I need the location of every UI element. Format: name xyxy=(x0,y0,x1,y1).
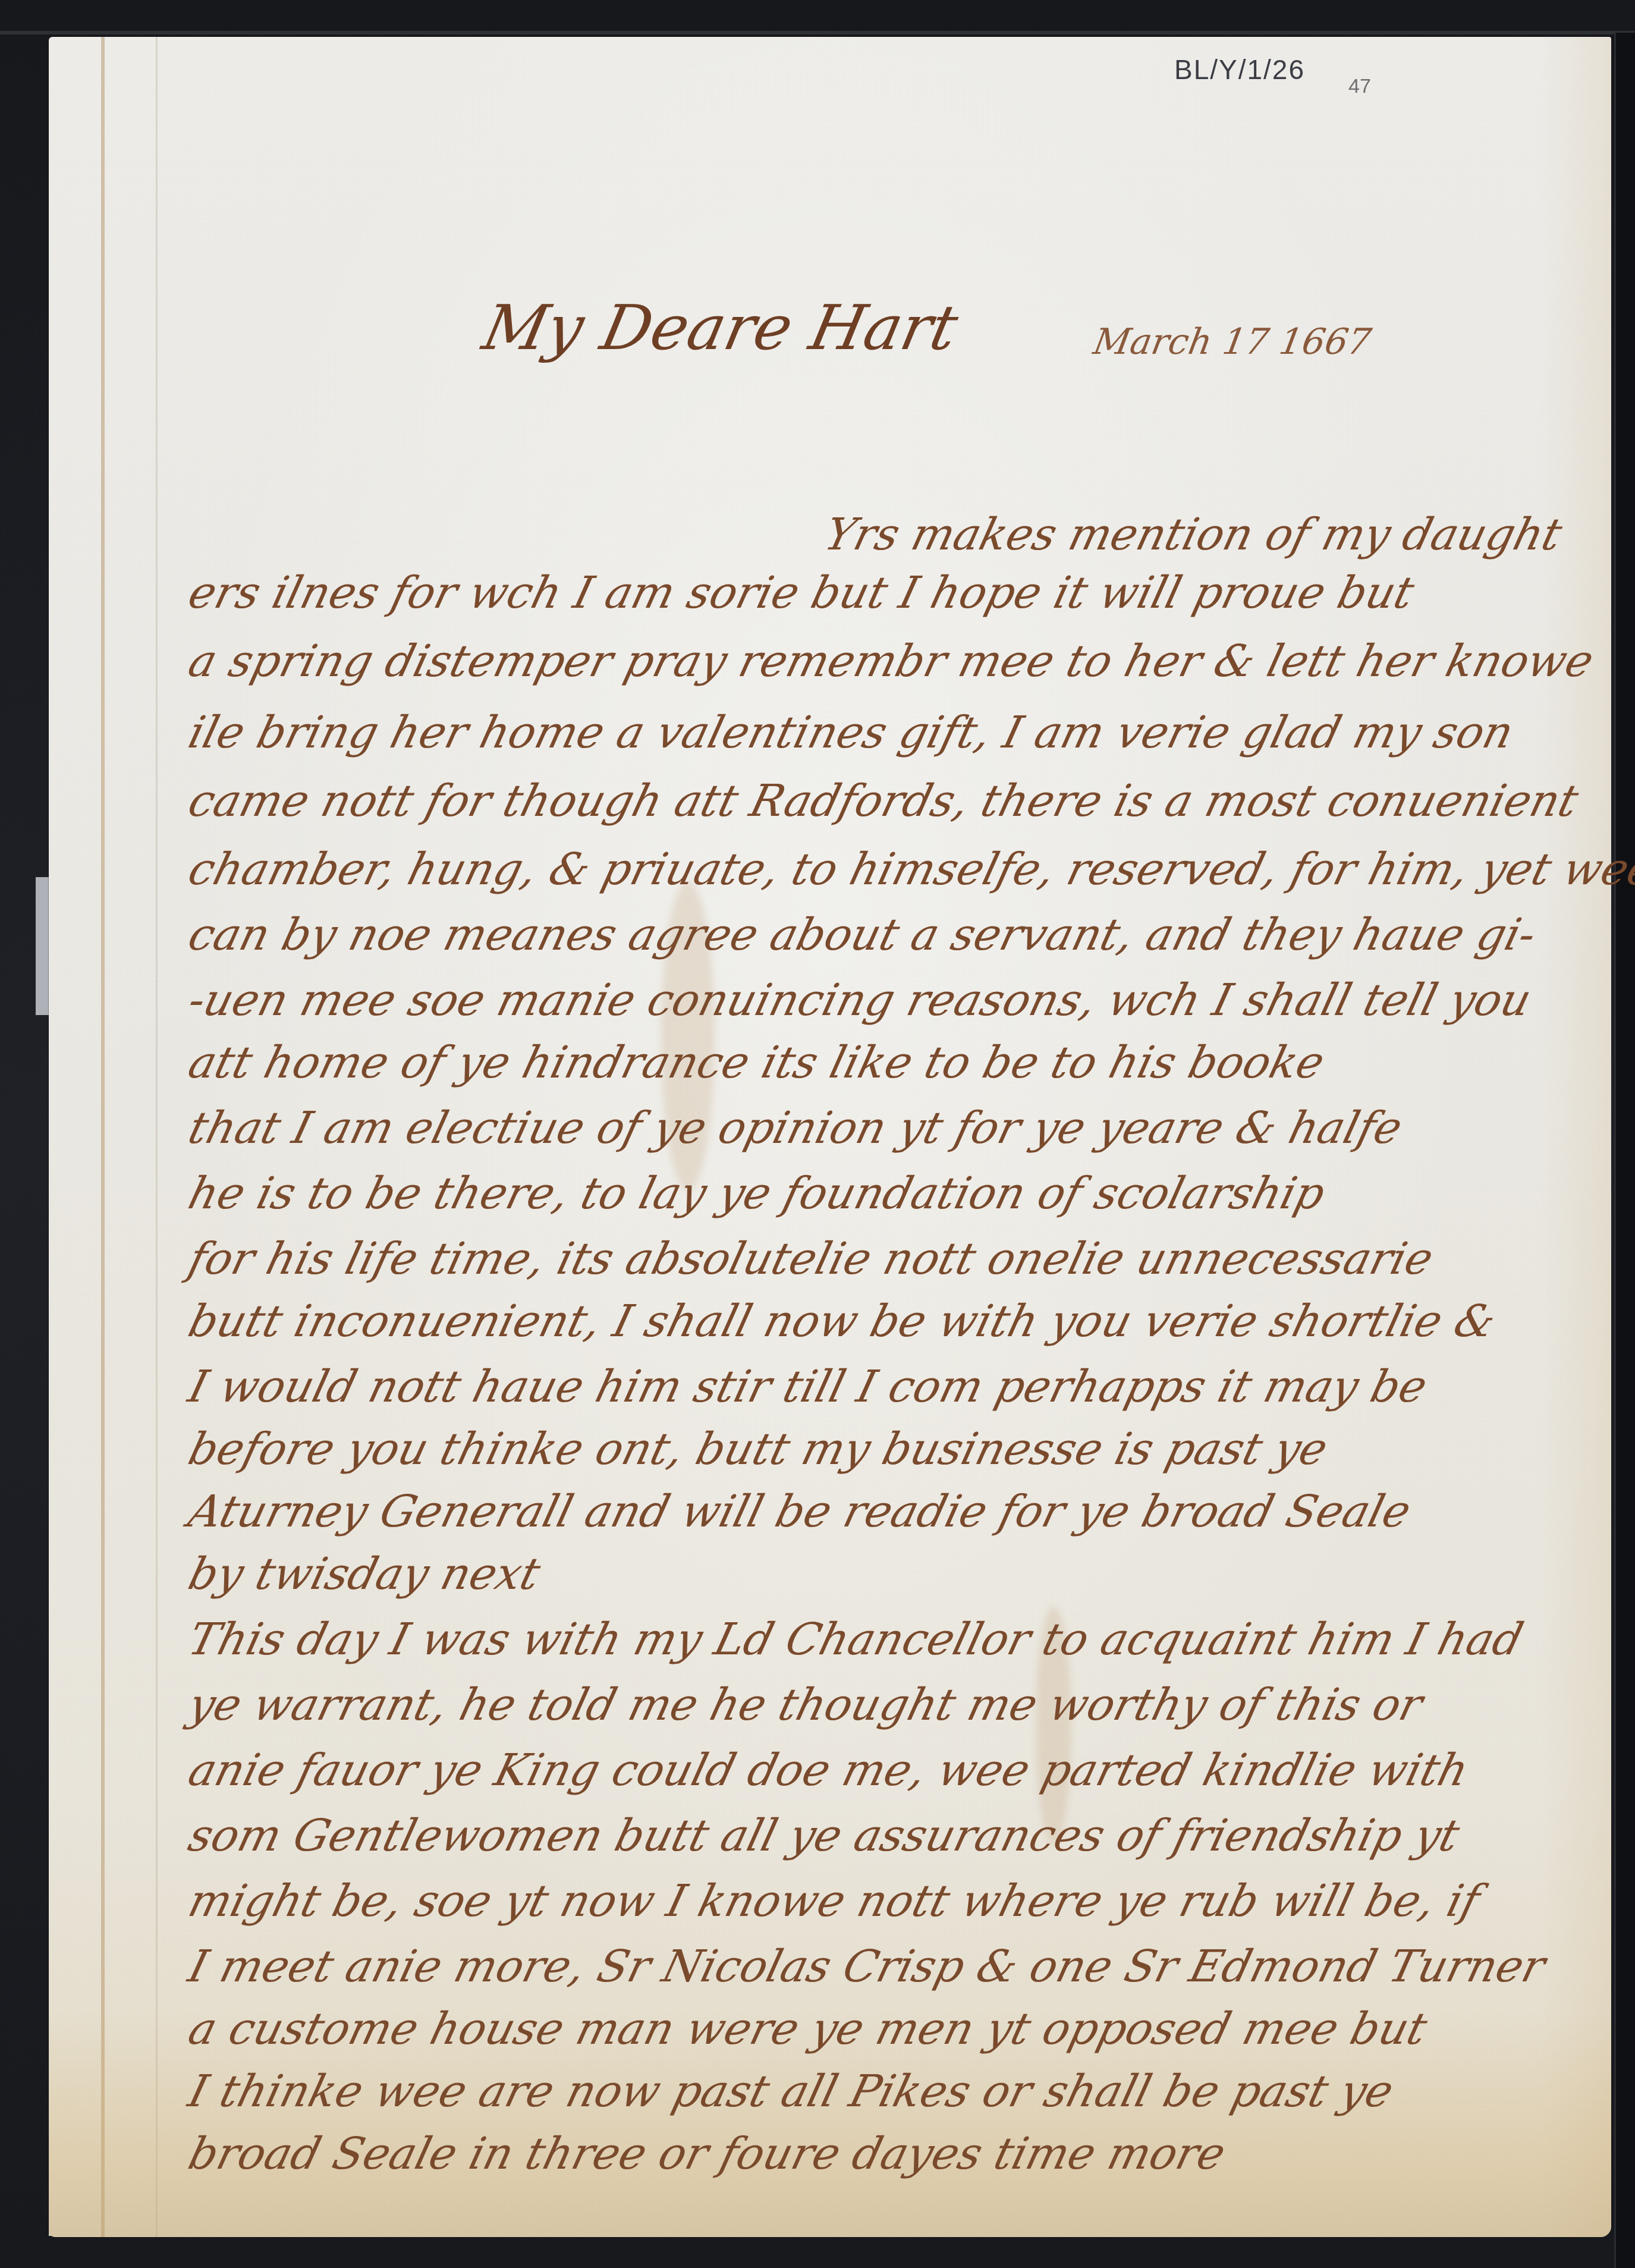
body-line: a spring distemper pray remembr mee to h… xyxy=(184,639,1622,683)
salutation: My Deare Hart xyxy=(477,291,964,364)
body-line: butt inconuenient, I shall now be with y… xyxy=(184,1299,1622,1343)
body-line: that I am electiue of ye opinion yt for … xyxy=(184,1106,1622,1150)
body-line: Yrs makes mention of my daught xyxy=(820,513,1635,557)
body-line: anie fauor ye King could doe me, wee par… xyxy=(184,1748,1622,1792)
body-line: for his life time, its absolutelie nott … xyxy=(184,1237,1622,1281)
body-line: chamber, hung, & priuate, to himselfe, r… xyxy=(184,847,1622,891)
body-line: might be, soe yt now I knowe nott where … xyxy=(184,1879,1622,1923)
archive-reference: BL/Y/1/26 xyxy=(1174,54,1305,86)
body-line: broad Seale in three or foure dayes time… xyxy=(184,2132,1622,2176)
body-line: att home of ye hindrance its like to be … xyxy=(184,1041,1622,1085)
folio-number: 47 xyxy=(1348,75,1371,98)
body-line: by twisday next xyxy=(184,1552,1622,1596)
fold-crease xyxy=(101,37,105,2237)
body-line: I meet anie more, Sr Nicolas Crisp & one… xyxy=(184,1945,1622,1989)
body-line: a custome house man were ye men yt oppos… xyxy=(184,2007,1622,2051)
body-line: ye warrant, he told me he thought me wor… xyxy=(184,1683,1622,1727)
body-line: ers ilnes for wch I am sorie but I hope … xyxy=(184,571,1622,615)
body-line: som Gentlewomen butt all ye assurances o… xyxy=(184,1814,1622,1858)
body-line: can by noe meanes agree about a servant,… xyxy=(184,913,1622,957)
body-line: before you thinke ont, butt my businesse… xyxy=(184,1427,1622,1471)
backing-ledge xyxy=(0,31,1635,34)
body-line: he is to be there, to lay ye foundation … xyxy=(184,1171,1622,1215)
body-line: I would nott haue him stir till I com pe… xyxy=(184,1365,1622,1409)
body-line: -uen mee soe manie conuincing reasons, w… xyxy=(184,978,1622,1022)
body-line: Aturney Generall and will be readie for … xyxy=(184,1490,1622,1534)
body-line: ile bring her home a valentines gift, I … xyxy=(184,711,1622,755)
right-frame-edge xyxy=(1614,33,1635,2268)
body-line: I thinke wee are now past all Pikes or s… xyxy=(184,2069,1622,2113)
body-line: This day I was with my Ld Chancellor to … xyxy=(184,1617,1622,1661)
body-line: came nott for though att Radfords, there… xyxy=(184,779,1622,823)
letter-date: March 17 1667 xyxy=(1090,321,1375,363)
fold-crease xyxy=(156,37,158,2237)
